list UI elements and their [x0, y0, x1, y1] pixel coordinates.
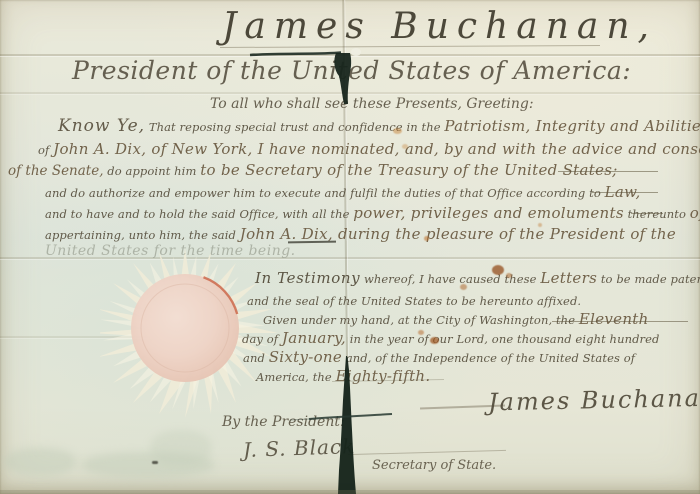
text-segment: Eleventh — [579, 310, 649, 328]
scan-edge-shadow — [0, 490, 700, 494]
text-segment: to be Secretary of the Treasury of the U… — [200, 161, 617, 179]
text-segment: Patriotism, Integrity and Abilities — [444, 117, 700, 135]
foxing-spot — [402, 144, 408, 149]
text-segment: and do authorize and empower him to exec… — [45, 186, 605, 200]
by-the-president-line: By the President: — [222, 414, 345, 430]
text-segment: of right — [690, 204, 700, 222]
text-segment: of the Senate, — [8, 163, 104, 179]
body-line: of John A. Dix, of New York, I have nomi… — [38, 139, 700, 158]
body-line: Know Ye, That reposing special trust and… — [58, 116, 700, 136]
text-segment: and to have and to hold the said Office,… — [45, 207, 353, 221]
ghost-bleedthrough — [4, 448, 76, 476]
text-segment: in the year of our Lord, one thousand ei… — [346, 332, 660, 346]
text-segment: Sixty-one — [269, 348, 342, 366]
text-segment: and, of the Independence of the United S… — [342, 351, 635, 365]
foxing-spot — [424, 236, 429, 241]
seal-orange-arc — [204, 277, 238, 314]
testimony-line: In Testimony whereof, I have caused thes… — [255, 268, 700, 287]
blank-fill-rule — [592, 192, 658, 193]
president-signature: James Buchanan — [488, 384, 700, 417]
document-title: James Buchanan, — [222, 6, 657, 47]
blank-fill-rule — [552, 321, 688, 322]
fold-crease-horizontal — [0, 92, 700, 94]
wafer-seal-disc — [131, 274, 239, 382]
fold-crease-horizontal — [0, 336, 262, 338]
text-segment: Given under my hand, at the City of Wash… — [263, 313, 579, 327]
text-segment: John A. Dix, of New York, I have nominat… — [53, 140, 700, 158]
text-segment: day of — [242, 332, 282, 346]
document-scan: James Buchanan, President of the United … — [0, 0, 700, 494]
text-segment: and the seal of the United States to be … — [247, 294, 581, 308]
foxing-spot — [430, 337, 439, 344]
signature-flourish — [348, 450, 506, 455]
body-line: of the Senate, do appoint him to be Secr… — [8, 160, 618, 179]
ink-speck — [152, 461, 158, 464]
text-segment: whereof, I have caused these — [360, 272, 540, 286]
blank-fill-rule — [631, 213, 663, 214]
text-segment: United States for the time being. — [45, 243, 296, 259]
foxing-spot — [538, 223, 542, 227]
body-line: and to have and to hold the said Office,… — [45, 203, 700, 222]
foxing-spot — [492, 265, 504, 275]
testimony-line: America, the Eighty-fifth. — [256, 366, 430, 385]
testimony-line: Given under my hand, at the City of Wash… — [263, 309, 649, 328]
ghost-bleedthrough — [150, 430, 212, 466]
seal-inner-ring — [141, 284, 229, 372]
text-segment: of — [38, 143, 53, 157]
text-segment: to be made patent — [597, 272, 700, 286]
foxing-spot — [506, 273, 512, 278]
testimony-line: day of January, in the year of our Lord,… — [242, 328, 660, 347]
text-segment: Eighty-fifth. — [336, 367, 431, 385]
foxing-spot — [418, 330, 424, 335]
text-segment: power, privileges and emoluments — [353, 204, 624, 222]
text-segment: and — [243, 351, 269, 365]
document-subtitle: President of the United States of Americ… — [72, 56, 631, 85]
foxing-spot — [393, 128, 402, 134]
text-segment: do appoint him — [104, 164, 201, 178]
testimony-line: and Sixty-one and, of the Independence o… — [243, 347, 635, 366]
greeting-line: To all who shall see these Presents, Gre… — [210, 96, 534, 112]
testimony-line: and the seal of the United States to be … — [247, 290, 581, 309]
text-segment: January, — [282, 329, 346, 347]
text-segment: Letters — [540, 269, 597, 287]
foxing-spot — [460, 284, 467, 290]
text-segment: America, the — [256, 370, 336, 384]
text-segment: thereunto — [624, 207, 690, 221]
text-segment: In Testimony — [255, 269, 360, 287]
secretary-title: Secretary of State. — [372, 458, 496, 473]
blank-fill-rule — [558, 171, 658, 172]
body-line-faded: United States for the time being. — [45, 240, 296, 259]
secretary-signature: J. S. Black — [243, 434, 356, 462]
text-segment: Know Ye, — [58, 116, 145, 136]
body-line: and do authorize and empower him to exec… — [45, 182, 641, 201]
